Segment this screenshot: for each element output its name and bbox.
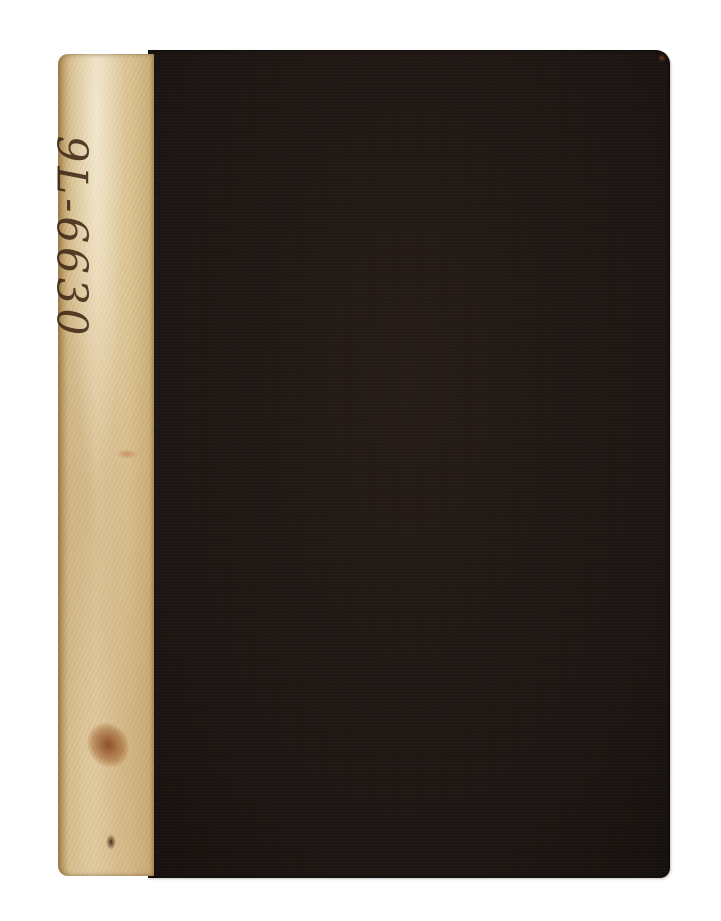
photo-scene: 9L-6630 [0,0,721,921]
spine-stain-faint [116,449,138,459]
spine-handwritten-label: 9L-6630 [52,92,92,382]
book: 9L-6630 [58,50,670,880]
spine-label-text: 9L-6630 [52,135,92,339]
spine-stain-small [106,834,116,850]
corner-wear [658,54,666,62]
spine-stain-large [79,715,137,775]
book-cover [148,50,670,878]
book-spine: 9L-6630 [58,54,154,876]
